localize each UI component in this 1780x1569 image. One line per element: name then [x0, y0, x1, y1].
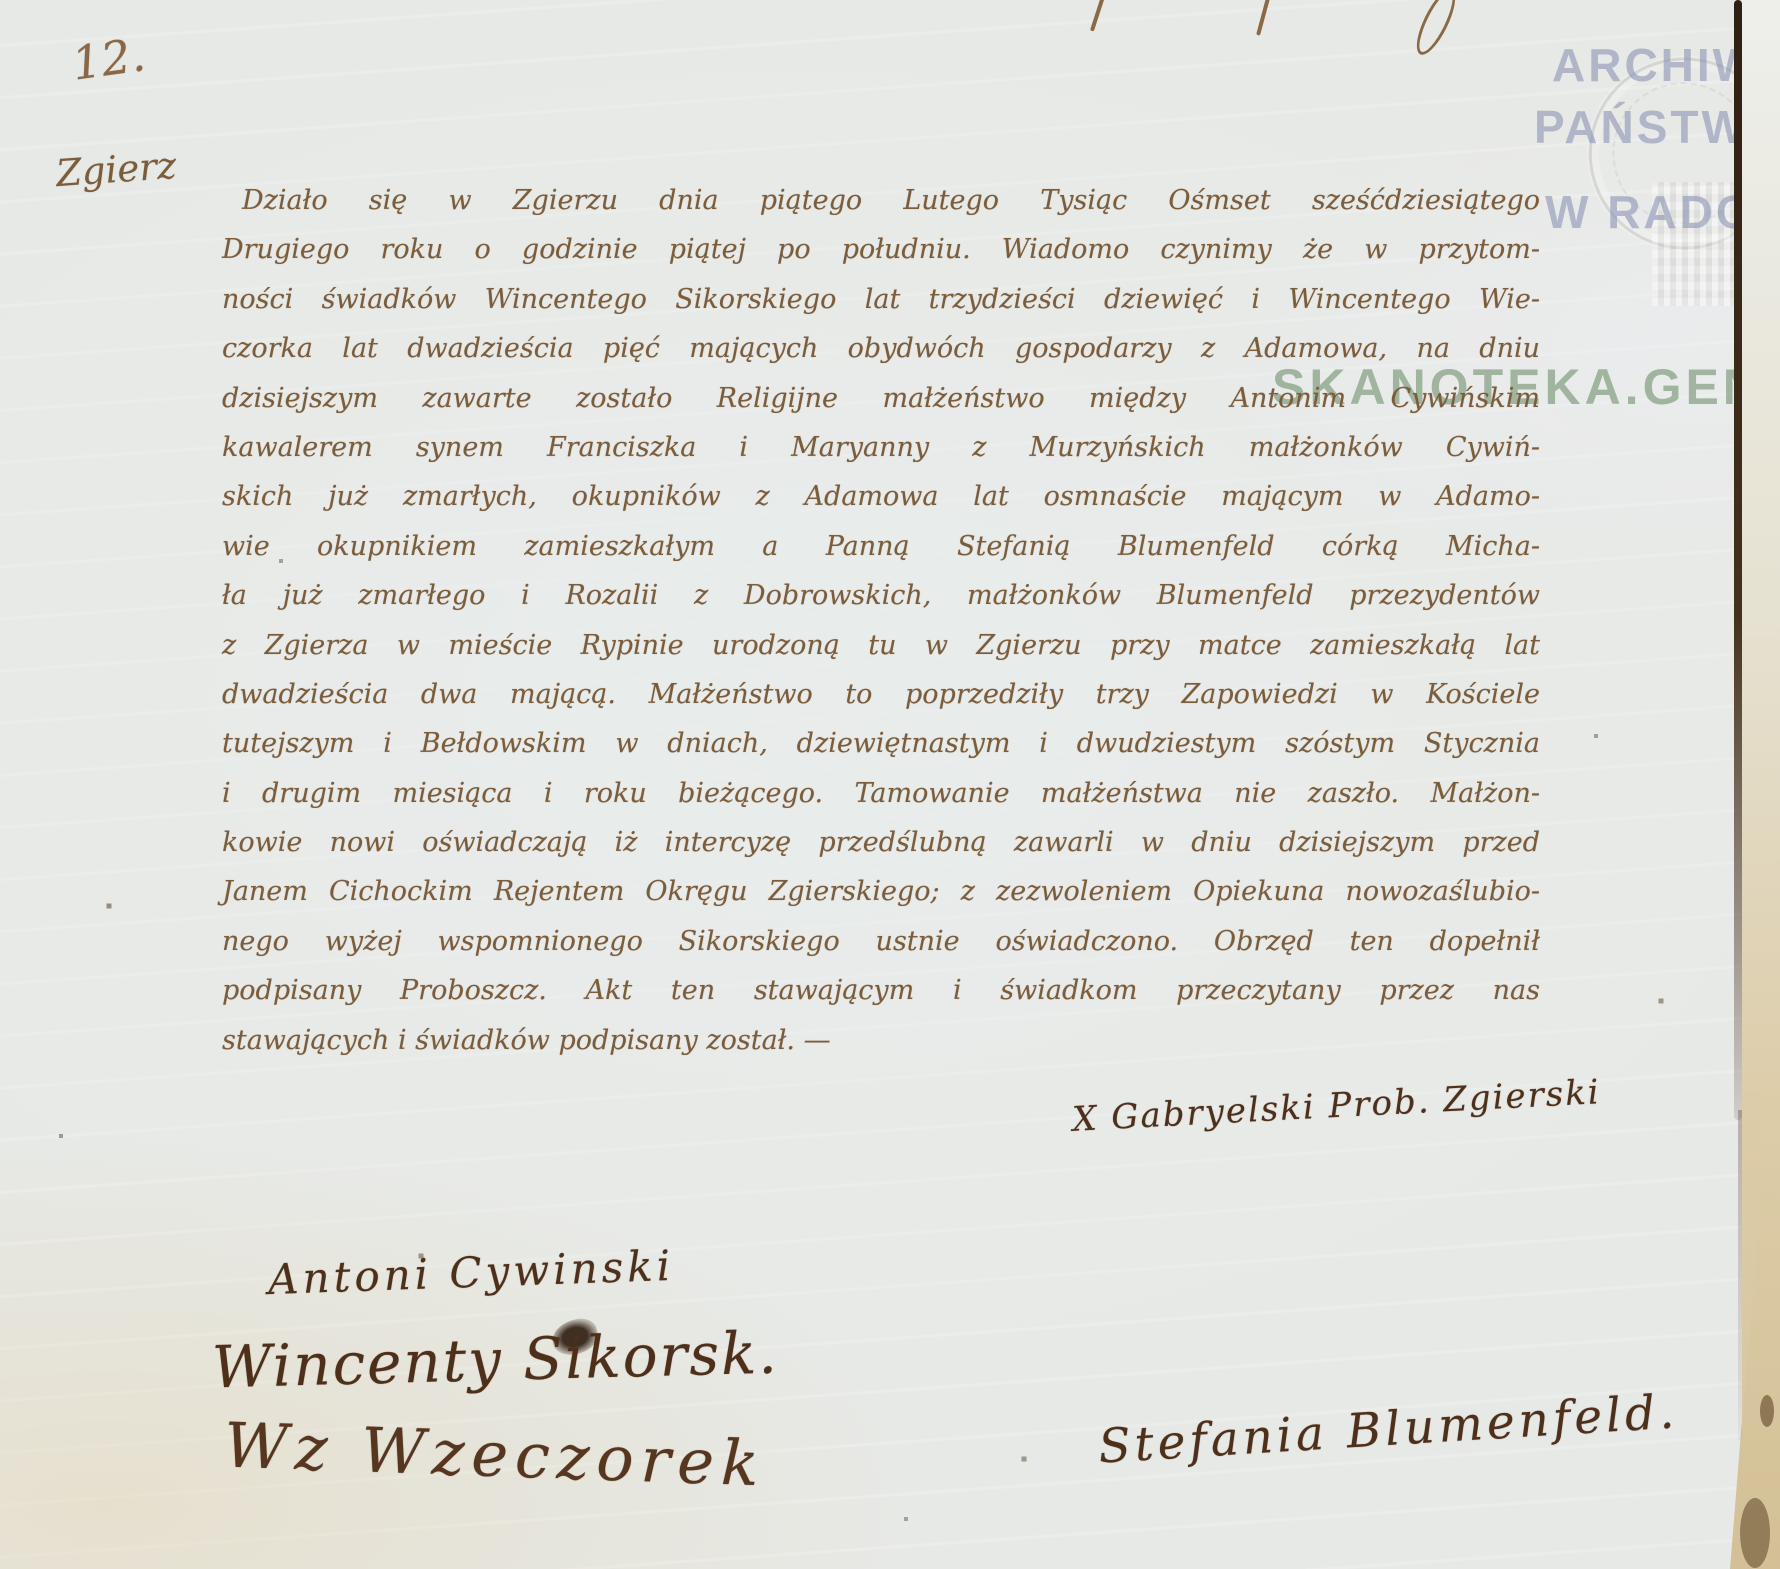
act-text-line: podpisany Proboszcz. Akt ten stawającym …: [222, 966, 1540, 1015]
act-text-line: Drugiego roku o godzinie piątej po połud…: [222, 225, 1540, 274]
act-body-text: Działo się w Zgierzu dnia piątego Lutego…: [222, 176, 1540, 1065]
signature-witness-sikorski: Wincenty Sikorsk.: [211, 1319, 779, 1402]
edge-ink-stain: [1740, 1498, 1770, 1568]
previous-record-pen-stroke: [1256, 0, 1272, 36]
act-text-line: kowie nowi oświadczają iż intercyzę prze…: [222, 818, 1540, 867]
act-text-line: ności świadków Wincentego Sikorskiego la…: [222, 275, 1540, 324]
edge-ink-stain: [1760, 1395, 1774, 1427]
scanned-marriage-record-page: ARCHIWUM PAŃSTWOWE W RADOMIU SKANOTEKA.G…: [0, 0, 1780, 1569]
signature-priest: X Gabryelski Prob. Zgierski: [1071, 1072, 1601, 1140]
act-text-line: dzisiejszym zawarte zostało Religijne ma…: [222, 374, 1540, 423]
act-text-line: kawalerem synem Franciszka i Maryanny z …: [222, 423, 1540, 472]
signature-groom: Antoni Cywinski: [267, 1241, 675, 1304]
act-text-line: tutejszym i Bełdowskim w dniach, dziewię…: [222, 719, 1540, 768]
act-text-line: ła już zmarłego i Rozalii z Dobrowskich,…: [222, 571, 1540, 620]
signature-witness-wieczorek: Wz Wzeczorek: [223, 1409, 767, 1501]
previous-record-pen-loop: [1409, 0, 1462, 60]
act-text-line: stawających i świadków podpisany został.…: [222, 1016, 1540, 1065]
binding-edge-line-faint: [1738, 1110, 1742, 1440]
act-text-line: Działo się w Zgierzu dnia piątego Lutego…: [222, 176, 1540, 225]
margin-place-label: Zgierz: [55, 144, 178, 195]
act-text-line: nego wyżej wspomnionego Sikorskiego ustn…: [222, 917, 1540, 966]
act-text-line: czorka lat dwadzieścia pięć mających oby…: [222, 324, 1540, 373]
act-text-line: skich już zmarłych, okupników z Adamowa …: [222, 472, 1540, 521]
act-text-line: wie okupnikiem zamieszkałym a Panną Stef…: [222, 522, 1540, 571]
binding-edge-line: [1734, 0, 1742, 1120]
paper-specks: [0, 0, 2, 2]
act-text-line: Janem Cichockim Rejentem Okręgu Zgierski…: [222, 867, 1540, 916]
act-text-line: z Zgierza w mieście Rypinie urodzoną tu …: [222, 621, 1540, 670]
act-text-line: i drugim miesiąca i roku bieżącego. Tamo…: [222, 769, 1540, 818]
record-number: 12.: [69, 27, 149, 91]
act-text-line: dwadzieścia dwa mającą. Małżeństwo to po…: [222, 670, 1540, 719]
signature-bride: Stefania Blumenfeld.: [1097, 1384, 1680, 1474]
previous-record-pen-stroke: [1090, 0, 1106, 32]
